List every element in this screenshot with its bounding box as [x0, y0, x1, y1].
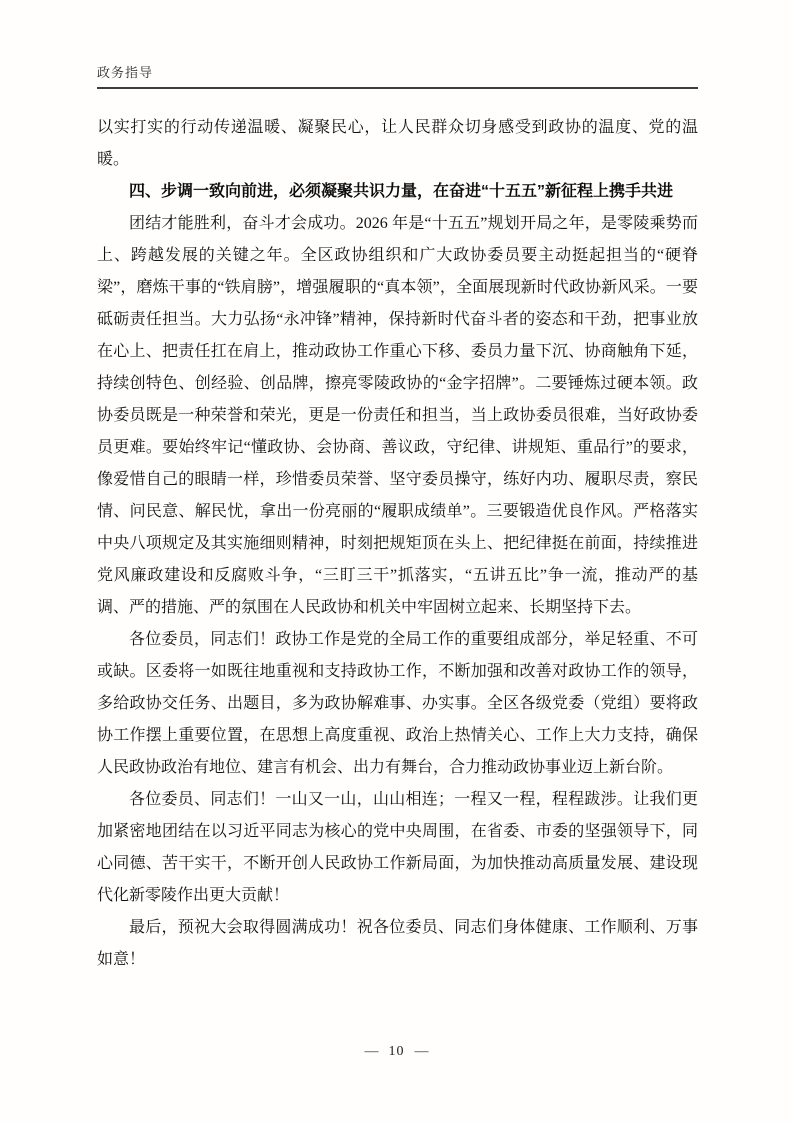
body-paragraph: 最后，预祝大会取得圆满成功！祝各位委员、同志们身体健康、工作顺利、万事如意！ — [97, 912, 698, 976]
running-header: 政务指导 — [97, 62, 698, 89]
body-paragraph: 各位委员，同志们！政协工作是党的全局工作的重要组成部分，举足轻重、不可或缺。区委… — [97, 624, 698, 784]
body-paragraph: 团结才能胜利，奋斗才会成功。2026 年是“十五五”规划开局之年，是零陵乘势而上… — [97, 208, 698, 624]
section-heading: 四、步调一致向前进，必须凝聚共识力量，在奋进“十五五”新征程上携手共进 — [97, 176, 698, 208]
running-header-label: 政务指导 — [97, 65, 153, 80]
footer-left-dash: — — [365, 1044, 379, 1060]
footer-right-dash: — — [415, 1044, 429, 1060]
document-page: 政务指导 以实打实的行动传递温暖、凝聚民心，让人民群众切身感受到政协的温度、党的… — [0, 0, 793, 1122]
document-body: 以实打实的行动传递温暖、凝聚民心，让人民群众切身感受到政协的温度、党的温暖。 四… — [97, 112, 698, 976]
body-paragraph: 各位委员、同志们！一山又一山，山山相连；一程又一程，程程跋涉。让我们更加紧密地团… — [97, 784, 698, 912]
page-number: 10 — [389, 1044, 405, 1059]
body-paragraph: 以实打实的行动传递温暖、凝聚民心，让人民群众切身感受到政协的温度、党的温暖。 — [97, 112, 698, 176]
page-footer: —10— — [0, 1044, 793, 1060]
